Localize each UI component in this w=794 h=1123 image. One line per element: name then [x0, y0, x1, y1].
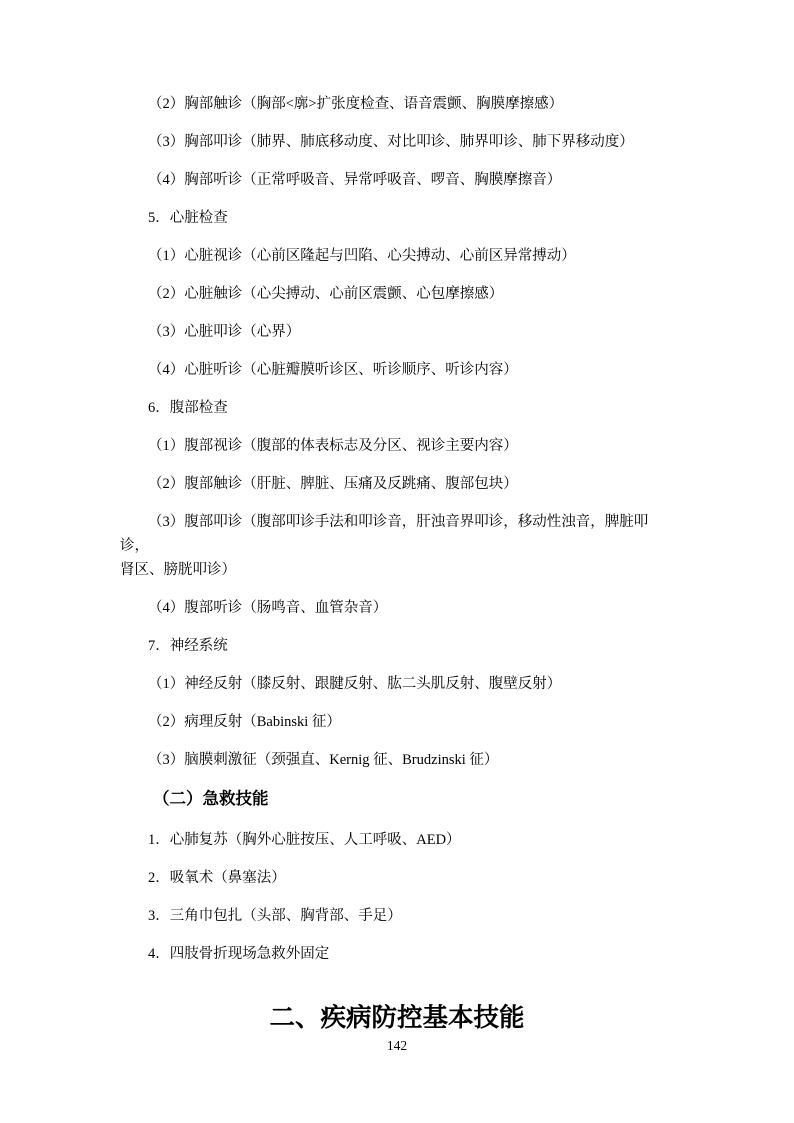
- body-paragraph: （1）腹部视诊（腹部的体表标志及分区、视诊主要内容）: [120, 434, 674, 458]
- chapter-heading: 二、疾病防控基本技能: [120, 1000, 674, 1036]
- first-aid-item: 4．四肢骨折现场急救外固定: [120, 942, 674, 966]
- page-number: 142: [120, 1038, 674, 1054]
- page-content: （2）胸部触诊（胸部<廓>扩张度检查、语音震颤、胸膜摩擦感） （3）胸部叩诊（肺…: [120, 92, 674, 1054]
- body-paragraph: （3）心脏叩诊（心界）: [120, 320, 674, 344]
- first-aid-item: 2．吸氧术（鼻塞法）: [120, 866, 674, 890]
- body-paragraph: （4）腹部听诊（肠鸣音、血管杂音）: [120, 596, 674, 620]
- body-paragraph-heart-exam: 5．心脏检查: [120, 206, 674, 230]
- first-aid-section-heading: （二）急救技能: [120, 786, 674, 812]
- body-paragraph: （1）神经反射（膝反射、跟腱反射、肱二头肌反射、腹壁反射）: [120, 672, 674, 696]
- first-aid-item: 3．三角巾包扎（头部、胸背部、手足）: [120, 904, 674, 928]
- body-paragraph: （2）心脏触诊（心尖搏动、心前区震颤、心包摩擦感）: [120, 282, 674, 306]
- body-paragraph: （3）胸部叩诊（肺界、肺底移动度、对比叩诊、肺界叩诊、肺下界移动度）: [120, 130, 674, 154]
- body-paragraph: （3）腹部叩诊（腹部叩诊手法和叩诊音，肝浊音界叩诊，移动性浊音，脾脏叩诊， 肾区…: [120, 510, 674, 582]
- body-paragraph: （2）病理反射（Babinski 征）: [120, 710, 674, 734]
- body-paragraph: （2）腹部触诊（肝脏、脾脏、压痛及反跳痛、腹部包块）: [120, 472, 674, 496]
- body-paragraph: （4）心脏听诊（心脏瓣膜听诊区、听诊顺序、听诊内容）: [120, 358, 674, 382]
- body-paragraph: （3）脑膜刺激征（颈强直、Kernig 征、Brudzinski 征）: [120, 748, 674, 772]
- document-page: （2）胸部触诊（胸部<廓>扩张度检查、语音震颤、胸膜摩擦感） （3）胸部叩诊（肺…: [0, 0, 794, 1123]
- body-paragraph: （2）胸部触诊（胸部<廓>扩张度检查、语音震颤、胸膜摩擦感）: [120, 92, 674, 116]
- body-paragraph-abdomen-exam: 6．腹部检查: [120, 396, 674, 420]
- body-paragraph: （1）心脏视诊（心前区隆起与凹陷、心尖搏动、心前区异常搏动）: [120, 244, 674, 268]
- first-aid-item: 1．心肺复苏（胸外心脏按压、人工呼吸、AED）: [120, 828, 674, 852]
- body-paragraph-nervous-system: 7．神经系统: [120, 634, 674, 658]
- body-paragraph: （4）胸部听诊（正常呼吸音、异常呼吸音、啰音、胸膜摩擦音）: [120, 168, 674, 192]
